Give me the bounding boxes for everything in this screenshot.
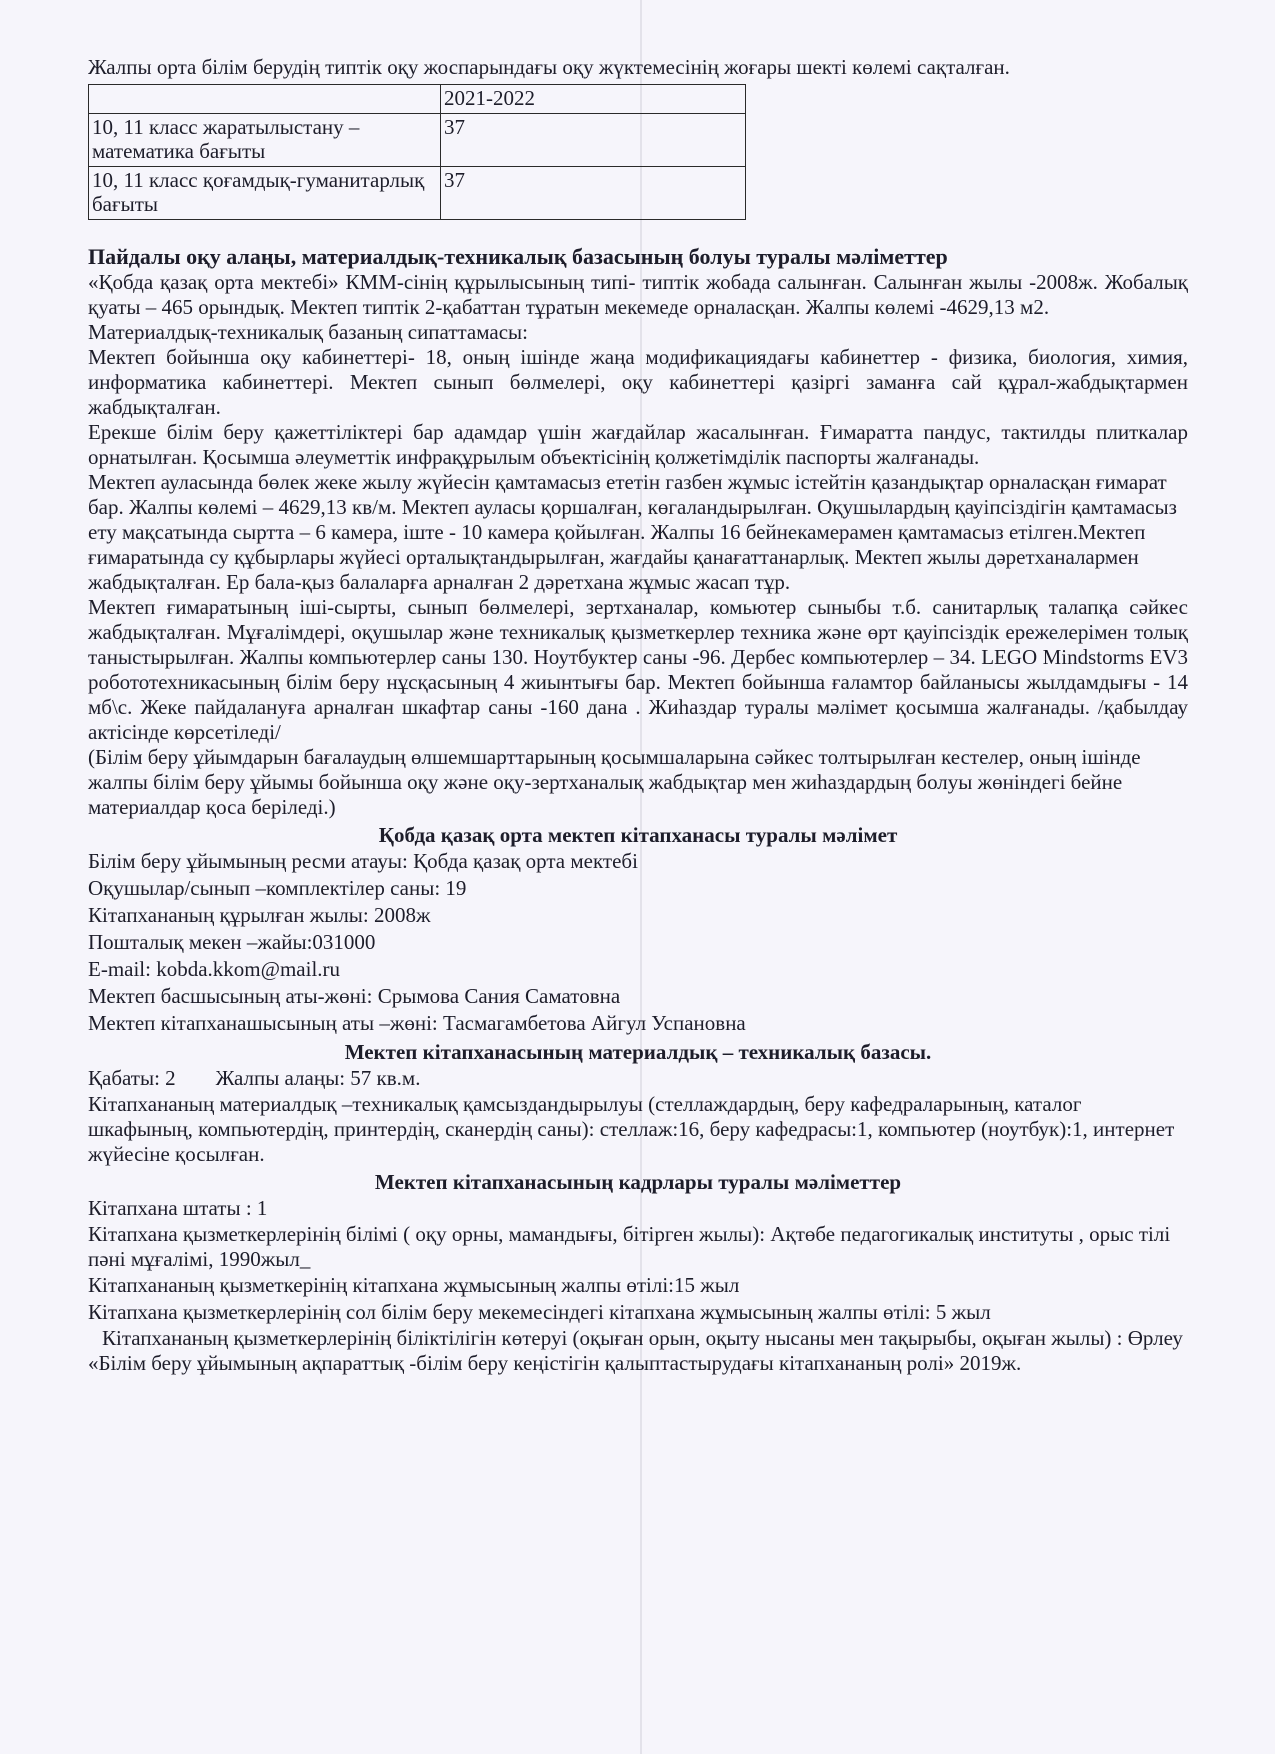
paragraph-base-label: Материалдық-техникалық базаның сипаттама… bbox=[88, 320, 1188, 345]
library-staff-line: Кітапхана штаты : 1 bbox=[88, 1195, 1188, 1222]
table-header-cell: 2021-2022 bbox=[441, 85, 746, 114]
document-page: Жалпы орта білім берудің типтік оқу жосп… bbox=[88, 55, 1188, 1376]
library-floors: Қабаты: 2 bbox=[88, 1066, 176, 1090]
library-floors-area: Қабаты: 2Жалпы алаңы: 57 кв.м. bbox=[88, 1065, 1188, 1092]
table-cell: 10, 11 класс қоғамдық-гуманитарлық бағыт… bbox=[89, 167, 441, 220]
library-area: Жалпы алаңы: 57 кв.м. bbox=[216, 1066, 421, 1090]
table-cell: 37 bbox=[441, 167, 746, 220]
paragraph-yard: Мектеп ауласында бөлек жеке жылу жүйесін… bbox=[88, 470, 1188, 595]
paragraph-building: «Қобда қазақ орта мектебі» КММ-сінің құр… bbox=[88, 270, 1188, 320]
study-load-table: 2021-2022 10, 11 класс жаратылыстану – м… bbox=[88, 84, 746, 220]
library-info-line: Мектеп басшысының аты-жөні: Срымова Сани… bbox=[88, 983, 1188, 1010]
library-equipment: Кітапхананың материалдық –техникалық қам… bbox=[88, 1092, 1188, 1167]
table-cell: 10, 11 класс жаратылыстану – математика … bbox=[89, 114, 441, 167]
section-title-library: Қобда қазақ орта мектеп кітапханасы тура… bbox=[88, 822, 1188, 848]
library-staff-line: Кітапхананың қызметкерінің кітапхана жұм… bbox=[88, 1272, 1188, 1299]
library-staff-line: Кітапхана қызметкерлерінің сол білім бер… bbox=[88, 1299, 1188, 1326]
table-cell: 37 bbox=[441, 114, 746, 167]
library-info-line: Білім беру ұйымының ресми атауы: Қобда қ… bbox=[88, 848, 1188, 875]
table-row: 10, 11 класс жаратылыстану – математика … bbox=[89, 114, 746, 167]
table-header-cell bbox=[89, 85, 441, 114]
paragraph-equipment: Мектеп ғимаратының ішi-сырты, сынып бөлм… bbox=[88, 595, 1188, 745]
paragraph-accessibility: Ерекше білім беру қажеттіліктері бар ада… bbox=[88, 420, 1188, 470]
library-info-email: E-mail: kobda.kkom@mail.ru bbox=[88, 956, 1188, 983]
library-info-line: Мектеп кітапханашысының аты –жөні: Тасма… bbox=[88, 1010, 1188, 1037]
section-title-facilities: Пайдалы оқу алаңы, материалдық-техникалы… bbox=[88, 244, 1188, 270]
intro-paragraph: Жалпы орта білім берудің типтік оқу жосп… bbox=[88, 55, 1108, 80]
table-header-row: 2021-2022 bbox=[89, 85, 746, 114]
paragraph-cabinets: Мектеп бойынша оқу кабинеттері- 18, оның… bbox=[88, 345, 1188, 420]
library-staff-training: Кітапхананың қызметкерлерінің біліктіліг… bbox=[88, 1326, 1188, 1376]
library-info-line: Оқушылар/сынып –комплектілер саны: 19 bbox=[88, 875, 1188, 902]
table-row: 10, 11 класс қоғамдық-гуманитарлық бағыт… bbox=[89, 167, 746, 220]
section-title-library-staff: Мектеп кітапханасының кадрлары туралы мә… bbox=[88, 1169, 1188, 1195]
library-info-line: Пошталық мекен –жайы:031000 bbox=[88, 929, 1188, 956]
library-staff-line: Кітапхана қызметкерлерінің білімі ( оқу … bbox=[88, 1222, 1188, 1272]
library-info-line: Кітапхананың құрылған жылы: 2008ж bbox=[88, 902, 1188, 929]
paragraph-appendix-note: (Білім беру ұйымдарын бағалаудың өлшемша… bbox=[88, 745, 1188, 820]
section-title-library-base: Мектеп кітапханасының материалдық – техн… bbox=[88, 1039, 1188, 1065]
